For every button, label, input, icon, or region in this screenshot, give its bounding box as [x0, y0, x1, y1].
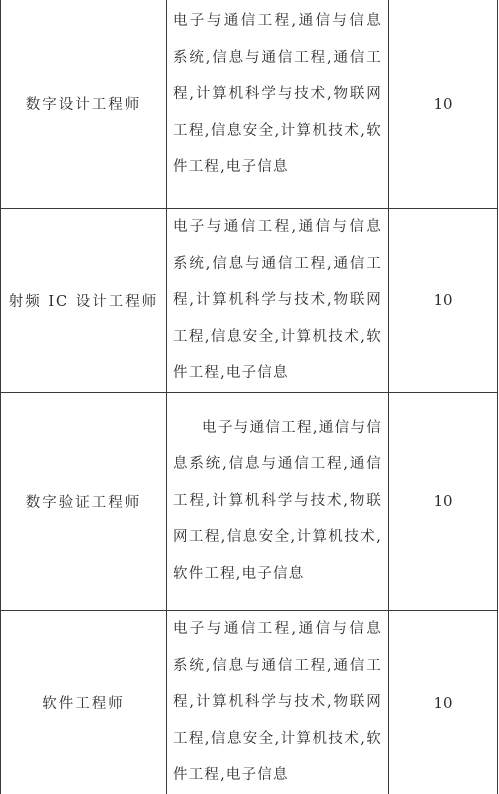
majors-text: 电子与通信工程,通信与信息系统,信息与通信工程,通信工程,计算机科学与技术,物联…: [173, 3, 382, 186]
table-row: 数字验证工程师 电子与通信工程,通信与信息系统,信息与通信工程,通信工程,计算机…: [1, 392, 498, 610]
position-cell: 软件工程师: [1, 610, 167, 794]
majors-text: 电子与通信工程,通信与信息系统,信息与通信工程,通信工程,计算机科学与技术,物联…: [173, 611, 382, 794]
count-cell: 10: [389, 0, 498, 209]
position-cell: 数字设计工程师: [1, 0, 167, 209]
table-row: 软件工程师 电子与通信工程,通信与信息系统,信息与通信工程,通信工程,计算机科学…: [1, 610, 498, 794]
table-row: 射频 IC 设计工程师 电子与通信工程,通信与信息系统,信息与通信工程,通信工程…: [1, 209, 498, 393]
position-cell: 射频 IC 设计工程师: [1, 209, 167, 393]
count-cell: 10: [389, 392, 498, 610]
majors-cell: 电子与通信工程,通信与信息系统,信息与通信工程,通信工程,计算机科学与技术,物联…: [167, 610, 389, 794]
majors-cell: 电子与通信工程,通信与信息系统,信息与通信工程,通信工程,计算机科学与技术,物联…: [167, 392, 389, 610]
count-cell: 10: [389, 209, 498, 393]
position-cell: 数字验证工程师: [1, 392, 167, 610]
majors-cell: 电子与通信工程,通信与信息系统,信息与通信工程,通信工程,计算机科学与技术,物联…: [167, 209, 389, 393]
majors-cell: 电子与通信工程,通信与信息系统,信息与通信工程,通信工程,计算机科学与技术,物联…: [167, 0, 389, 209]
table-row: 数字设计工程师 电子与通信工程,通信与信息系统,信息与通信工程,通信工程,计算机…: [1, 0, 498, 209]
majors-text: 电子与通信工程,通信与信息系统,信息与通信工程,通信工程,计算机科学与技术,物联…: [173, 410, 382, 593]
recruitment-table: 数字设计工程师 电子与通信工程,通信与信息系统,信息与通信工程,通信工程,计算机…: [0, 0, 498, 794]
majors-text: 电子与通信工程,通信与信息系统,信息与通信工程,通信工程,计算机科学与技术,物联…: [173, 209, 382, 392]
count-cell: 10: [389, 610, 498, 794]
